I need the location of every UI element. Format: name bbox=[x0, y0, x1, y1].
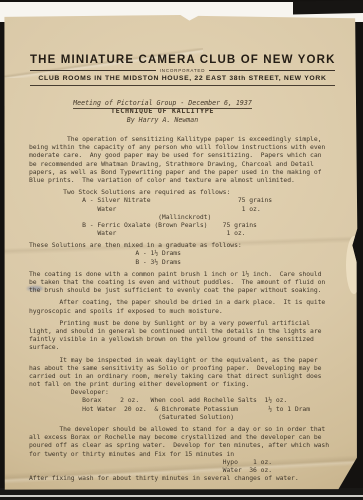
typed-line: B - 3½ Drams bbox=[29, 258, 350, 266]
typed-line: hygroscopic and spoils if exposed to muc… bbox=[29, 307, 350, 315]
typed-line: These Solutions are then mixed in a grad… bbox=[29, 241, 350, 249]
typed-line: faintly visible in a yellowish brown on … bbox=[29, 335, 350, 343]
letterhead-bottom-rule bbox=[30, 85, 335, 86]
typed-line: The developer should be allowed to stand… bbox=[29, 425, 350, 433]
rule-right bbox=[209, 70, 335, 71]
document-title: TECHNIQUE OF KALLITYPE bbox=[3, 107, 322, 115]
typed-heading: Meeting of Pictorial Group - December 6,… bbox=[3, 99, 322, 124]
typed-line: Hot Water 20 oz. & Bichromate Potassium … bbox=[29, 405, 350, 413]
meeting-line: Meeting of Pictorial Group - December 6,… bbox=[3, 99, 322, 107]
typed-line: B - Ferric Oxalate (Brown Pearls) 75 gra… bbox=[29, 221, 350, 229]
byline: By Harry A. Newman bbox=[3, 116, 322, 124]
typed-line: The coating is done with a common paint … bbox=[29, 270, 350, 278]
letterhead: THE MINIATURE CAMERA CLUB OF NEW YORK IN… bbox=[30, 54, 335, 86]
typed-line: Water 1 oz. bbox=[29, 205, 350, 213]
typed-line: poured off as clear as spring water. Dev… bbox=[29, 441, 350, 449]
typed-line: surface. bbox=[29, 343, 350, 351]
typed-line: (Mallinckrodt) bbox=[29, 213, 350, 221]
club-title: THE MINIATURE CAMERA CLUB OF NEW YORK bbox=[30, 54, 335, 66]
typed-line: A - 1½ Drams bbox=[29, 249, 350, 257]
typed-line: Developer: bbox=[29, 388, 350, 396]
typed-line: the brush should be just sufficient to e… bbox=[29, 286, 350, 294]
typed-line: It may be inspected in weak daylight or … bbox=[29, 356, 350, 364]
club-address: CLUB ROOMS IN THE MIDSTON HOUSE, 22 EAST… bbox=[30, 75, 335, 82]
scanner-bottom-line bbox=[0, 495, 363, 497]
typed-line: moderate care. Any good paper may be use… bbox=[29, 151, 350, 159]
typed-line: After coating, the paper should be dried… bbox=[29, 298, 350, 306]
incorporated-label: INCORPORATED bbox=[156, 68, 210, 73]
typed-line: After fixing wash for about thirty minut… bbox=[29, 474, 350, 482]
incorporated-rule: INCORPORATED bbox=[30, 68, 335, 73]
typed-line: Water 1 oz. bbox=[29, 229, 350, 237]
typed-line: Hypo 1 oz. bbox=[29, 458, 350, 466]
typed-line: Blue prints. The variation of color and … bbox=[29, 176, 350, 184]
typed-line: light, and should in general be continue… bbox=[29, 327, 350, 335]
typed-line: carried out in an ordinary room, merely … bbox=[29, 372, 350, 380]
typed-line: be taken that the coating is even and wi… bbox=[29, 278, 350, 286]
scanner-bottom-strip bbox=[0, 488, 363, 500]
document-paper: THE MINIATURE CAMERA CLUB OF NEW YORK IN… bbox=[3, 14, 358, 491]
rule-left bbox=[30, 70, 156, 71]
typed-line: Water 36 oz. bbox=[29, 466, 350, 474]
scanner-dark-corner bbox=[293, 0, 363, 14]
typed-line: all excess Borax or Rochelle may become … bbox=[29, 433, 350, 441]
typed-line: Printing must be done by Sunlight or by … bbox=[29, 319, 350, 327]
typed-line: papers, as well as Bond Typewriting pape… bbox=[29, 168, 350, 176]
typed-line: A - Silver Nitrate 75 grains bbox=[29, 196, 350, 204]
typed-line: for twenty or thirty minutes and Fix for… bbox=[29, 450, 350, 458]
typed-line: being within the capacity of any person … bbox=[29, 143, 350, 151]
typed-line: has about the same sensitivity as Solio … bbox=[29, 364, 350, 372]
typed-line: Borax 2 oz. When cool add Rochelle Salts… bbox=[29, 396, 350, 404]
scanned-page-stage: THE MINIATURE CAMERA CLUB OF NEW YORK IN… bbox=[0, 0, 363, 500]
typed-line: not fall on the print during either deve… bbox=[29, 380, 350, 388]
typed-line: (Saturated Solution) bbox=[29, 413, 350, 421]
typed-line: Two Stock Solutions are required as foll… bbox=[29, 188, 350, 196]
typed-line: be recommended are Whatman Drawing, Stra… bbox=[29, 160, 350, 168]
typed-body: The operation of sensitizing Kallitype p… bbox=[29, 135, 350, 482]
typed-line: The operation of sensitizing Kallitype p… bbox=[29, 135, 350, 143]
